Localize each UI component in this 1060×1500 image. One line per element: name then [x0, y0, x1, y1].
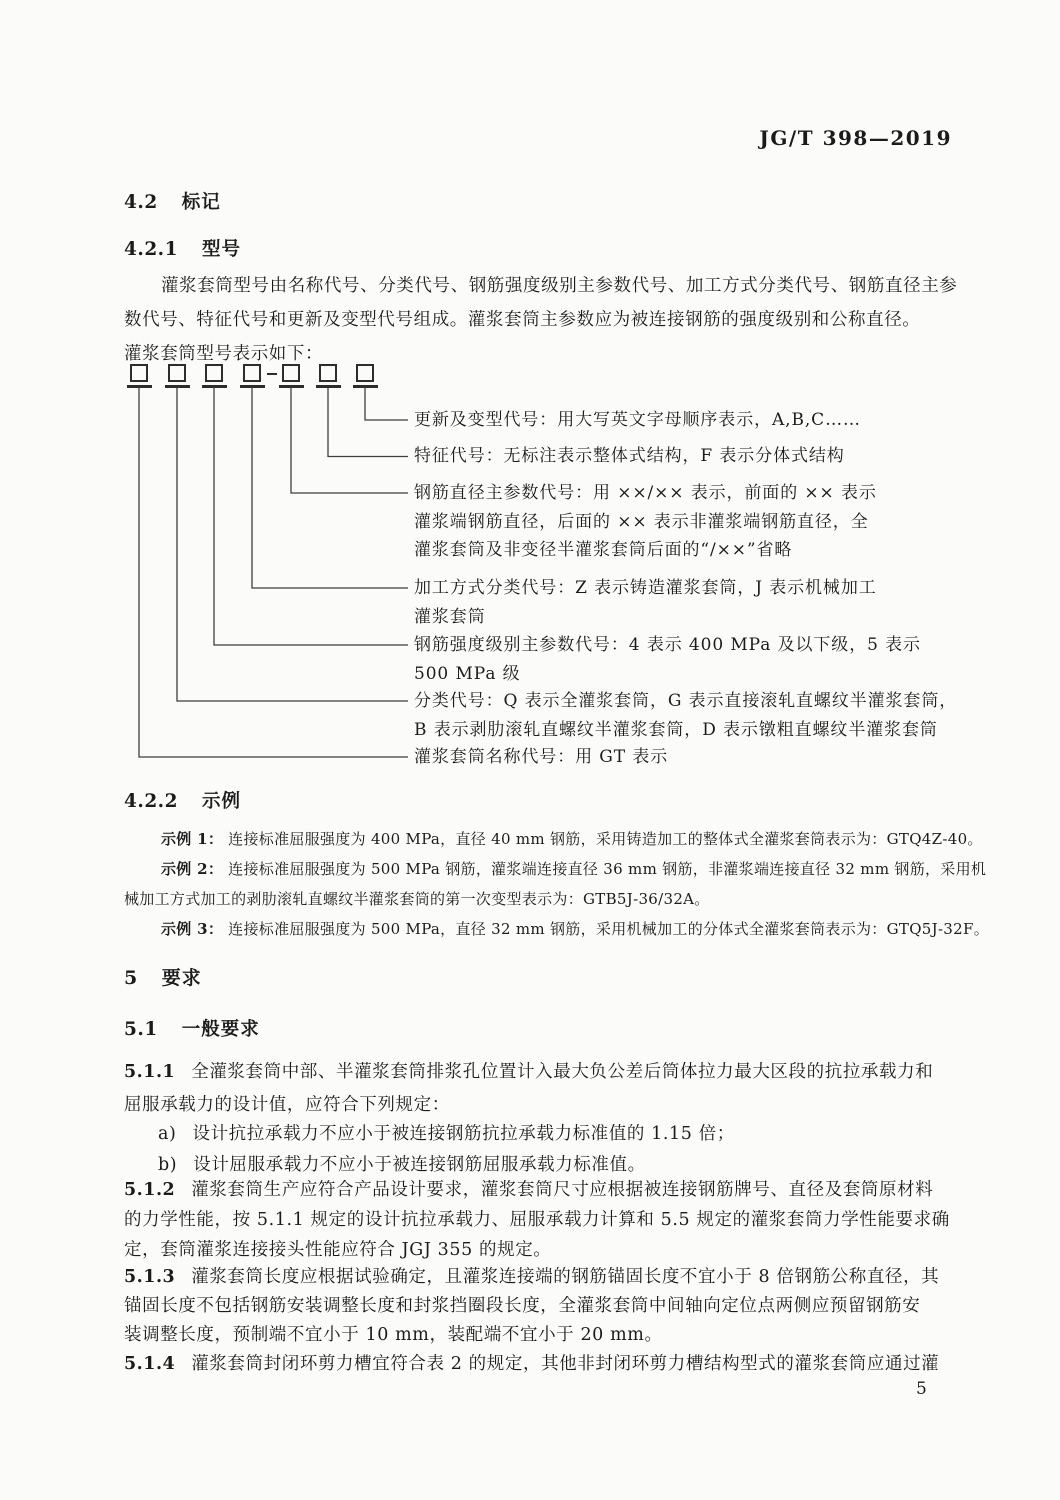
heading-title: 型号	[202, 239, 241, 260]
example-2-line-2: 械加工方式加工的剥肋滚轧直螺纹半灌浆套筒的第一次变型表示为：GTB5J-36/3…	[124, 884, 989, 914]
text-line: 钢筋直径主参数代号：用 ××/×× 表示，前面的 ×× 表示	[414, 479, 877, 508]
heading-4-2-2: 4.2.2示例	[124, 787, 241, 813]
clause-5-1-2: 5.1.2灌浆套筒生产应符合产品设计要求，灌浆套筒尺寸应根据被连接钢筋牌号、直径…	[124, 1175, 950, 1265]
diagram-label-diameter-code: 钢筋直径主参数代号：用 ××/×× 表示，前面的 ×× 表示 灌浆端钢筋直径，后…	[414, 479, 877, 565]
text-line: 械加工方式加工的剥肋滚轧直螺纹半灌浆套筒的第一次变型表示为：GTB5J-36/3…	[124, 890, 710, 908]
heading-title: 示例	[202, 791, 241, 812]
clause-5-1-3: 5.1.3灌浆套筒长度应根据试验确定，且灌浆连接端的钢筋锚固长度不宜小于 8 倍…	[124, 1263, 939, 1350]
heading-4-2-1: 4.2.1型号	[124, 235, 241, 261]
example-label: 示例 1：	[161, 830, 223, 848]
text-line: 灌浆套筒名称代号：用 GT 表示	[414, 743, 668, 772]
page-number: 5	[916, 1379, 927, 1399]
heading-number: 4.2.1	[124, 239, 178, 260]
text-line: 分类代号：Q 表示全灌浆套筒，G 表示直接滚轧直螺纹半灌浆套筒，	[414, 687, 957, 716]
clause-text: 设计屈服承载力不应小于被连接钢筋屈服承载力标准值。	[193, 1155, 646, 1175]
text-line: 5.1.4灌浆套筒封闭环剪力槽宜符合表 2 的规定，其他非封闭环剪力槽结构型式的…	[124, 1349, 939, 1379]
document-page: JG/T 398—2019 4.2标记 4.2.1型号 灌浆套筒型号由名称代号、…	[0, 0, 1060, 1500]
heading-number: 4.2	[124, 192, 158, 213]
heading-number: 4.2.2	[124, 791, 178, 812]
text-line: 灌浆套筒	[414, 603, 877, 632]
text-line: 灌浆套筒及非变径半灌浆套筒后面的“/××”省略	[414, 536, 877, 565]
text-line: 灌浆端钢筋直径，后面的 ×× 表示非灌浆端钢筋直径，全	[414, 508, 877, 537]
text-line: 5.1.2灌浆套筒生产应符合产品设计要求，灌浆套筒尺寸应根据被连接钢筋牌号、直径…	[124, 1175, 950, 1205]
model-code-box-3	[205, 364, 223, 382]
examples-block: 示例 1：连接标准屈服强度为 400 MPa，直径 40 mm 钢筋，采用铸造加…	[124, 824, 989, 944]
clause-number: 5.1.1	[124, 1062, 175, 1082]
diagram-label-strength-code: 钢筋强度级别主参数代号：4 表示 400 MPa 及以下级，5 表示 500 M…	[414, 631, 921, 688]
heading-title: 标记	[182, 192, 221, 213]
box-underline	[279, 385, 304, 388]
paragraph-model-composition: 灌浆套筒型号由名称代号、分类代号、钢筋强度级别主参数代号、加工方式分类代号、钢筋…	[124, 269, 957, 371]
model-code-hyphen	[267, 373, 277, 375]
text-line: 锚固长度不包括钢筋安装调整长度和封浆挡圈段长度，全灌浆套筒中间轴向定位点两侧应预…	[124, 1292, 939, 1321]
model-code-box-6	[319, 364, 337, 382]
text-line: 定，套筒灌浆连接接头性能应符合 JGJ 355 的规定。	[124, 1235, 950, 1265]
text-line: 钢筋强度级别主参数代号：4 表示 400 MPa 及以下级，5 表示	[414, 631, 921, 660]
text-line: 屈服承载力的设计值，应符合下列规定：	[124, 1089, 933, 1122]
box-underline	[165, 385, 190, 388]
heading-5-1: 5.1一般要求	[124, 1015, 260, 1041]
heading-number: 5	[124, 967, 138, 989]
model-code-box-4	[243, 364, 261, 382]
heading-title: 一般要求	[182, 1019, 260, 1040]
text-line: 数代号、特征代号和更新及变型代号组成。灌浆套筒主参数应为被连接钢筋的强度级别和公…	[124, 303, 957, 337]
model-code-box-7	[356, 364, 374, 382]
clause-5-1-4: 5.1.4灌浆套筒封闭环剪力槽宜符合表 2 的规定，其他非封闭环剪力槽结构型式的…	[124, 1349, 939, 1379]
model-code-box-2	[168, 364, 186, 382]
diagram-label-update-code: 更新及变型代号：用大写英文字母顺序表示，A,B,C……	[414, 406, 861, 435]
box-underline	[240, 385, 265, 388]
clause-text: 灌浆套筒生产应符合产品设计要求，灌浆套筒尺寸应根据被连接钢筋牌号、直径及套筒原材…	[191, 1180, 933, 1200]
text-line: 灌浆套筒型号由名称代号、分类代号、钢筋强度级别主参数代号、加工方式分类代号、钢筋…	[124, 269, 957, 303]
text-line: 5.1.3灌浆套筒长度应根据试验确定，且灌浆连接端的钢筋锚固长度不宜小于 8 倍…	[124, 1263, 939, 1292]
box-underline	[202, 385, 227, 388]
list-marker: b)	[158, 1155, 177, 1175]
clause-number: 5.1.2	[124, 1180, 175, 1200]
list-marker: a)	[158, 1124, 176, 1144]
text-line: 的力学性能，按 5.1.1 规定的设计抗拉承载力、屈服承载力计算和 5.5 规定…	[124, 1205, 950, 1235]
example-1: 示例 1：连接标准屈服强度为 400 MPa，直径 40 mm 钢筋，采用铸造加…	[124, 824, 989, 854]
text-line: 连接标准屈服强度为 500 MPa，直径 32 mm 钢筋，采用机械加工的分体式…	[228, 920, 989, 938]
clause-number: 5.1.3	[124, 1267, 175, 1287]
text-line: 5.1.1全灌浆套筒中部、半灌浆套筒排浆孔位置计入最大负公差后筒体拉力最大区段的…	[124, 1056, 933, 1089]
example-label: 示例 3：	[161, 920, 223, 938]
diagram-label-process-code: 加工方式分类代号：Z 表示铸造灌浆套筒，J 表示机械加工 灌浆套筒	[414, 574, 877, 631]
clause-5-1-1-item-a: a)设计抗拉承载力不应小于被连接钢筋抗拉承载力标准值的 1.15 倍；	[158, 1119, 735, 1149]
heading-5: 5要求	[124, 963, 202, 990]
heading-title: 要求	[162, 967, 202, 989]
text-line: B 表示剥肋滚轧直螺纹半灌浆套筒，D 表示镦粗直螺纹半灌浆套筒	[414, 716, 957, 745]
clause-text: 灌浆套筒长度应根据试验确定，且灌浆连接端的钢筋锚固长度不宜小于 8 倍钢筋公称直…	[191, 1267, 939, 1287]
box-underline	[353, 385, 378, 388]
clause-5-1-1: 5.1.1全灌浆套筒中部、半灌浆套筒排浆孔位置计入最大负公差后筒体拉力最大区段的…	[124, 1056, 933, 1122]
diagram-label-classification-code: 分类代号：Q 表示全灌浆套筒，G 表示直接滚轧直螺纹半灌浆套筒， B 表示剥肋滚…	[414, 687, 957, 744]
text-line: 装调整长度，预制端不宜小于 10 mm，装配端不宜小于 20 mm。	[124, 1321, 939, 1350]
clause-text: 灌浆套筒封闭环剪力槽宜符合表 2 的规定，其他非封闭环剪力槽结构型式的灌浆套筒应…	[191, 1354, 939, 1374]
clause-text: 全灌浆套筒中部、半灌浆套筒排浆孔位置计入最大负公差后筒体拉力最大区段的抗拉承载力…	[191, 1062, 933, 1082]
box-underline	[316, 385, 341, 388]
text-line: 500 MPa 级	[414, 660, 921, 689]
example-label: 示例 2：	[161, 860, 223, 878]
text-line: 连接标准屈服强度为 500 MPa 钢筋，灌浆端连接直径 36 mm 钢筋，非灌…	[228, 860, 986, 878]
heading-number: 5.1	[124, 1019, 158, 1040]
model-code-box-5	[282, 364, 300, 382]
example-3: 示例 3：连接标准屈服强度为 500 MPa，直径 32 mm 钢筋，采用机械加…	[124, 914, 989, 944]
standard-code-header: JG/T 398—2019	[759, 126, 952, 150]
text-line: 加工方式分类代号：Z 表示铸造灌浆套筒，J 表示机械加工	[414, 574, 877, 603]
text-line: 连接标准屈服强度为 400 MPa，直径 40 mm 钢筋，采用铸造加工的整体式…	[228, 830, 983, 848]
model-code-box-1	[130, 364, 148, 382]
text-line: 更新及变型代号：用大写英文字母顺序表示，A,B,C……	[414, 406, 861, 435]
example-2-line-1: 示例 2：连接标准屈服强度为 500 MPa 钢筋，灌浆端连接直径 36 mm …	[124, 854, 989, 884]
box-underline	[127, 385, 152, 388]
clause-text: 设计抗拉承载力不应小于被连接钢筋抗拉承载力标准值的 1.15 倍；	[192, 1124, 734, 1144]
diagram-label-feature-code: 特征代号：无标注表示整体式结构，F 表示分体式结构	[414, 442, 845, 471]
clause-number: 5.1.4	[124, 1354, 175, 1374]
diagram-label-name-code: 灌浆套筒名称代号：用 GT 表示	[414, 743, 668, 772]
heading-4-2: 4.2标记	[124, 188, 221, 214]
text-line: 特征代号：无标注表示整体式结构，F 表示分体式结构	[414, 442, 845, 471]
